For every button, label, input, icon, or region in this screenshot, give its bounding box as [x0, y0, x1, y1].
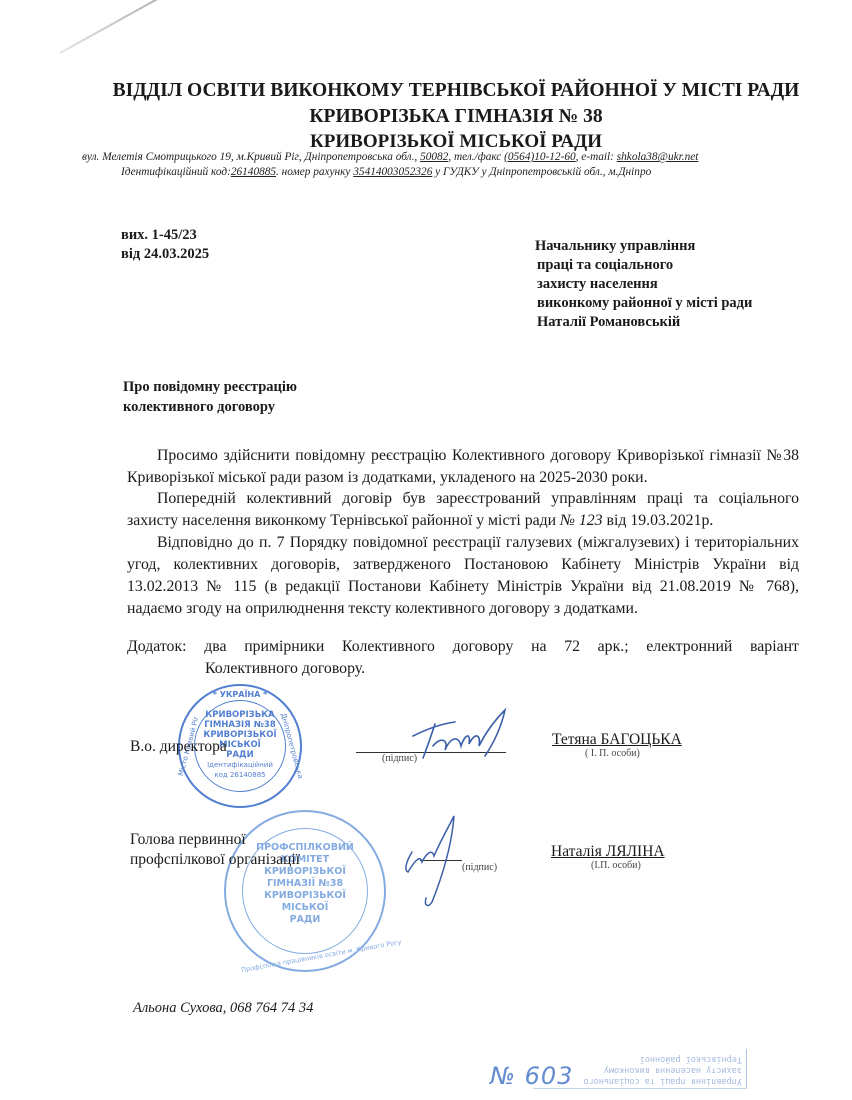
subject-block: Про повідомну реєстрацію колективного до…: [123, 377, 297, 417]
annex-word: договору: [453, 636, 514, 658]
annex-block: Додаток: два примірники Колективного дог…: [127, 636, 799, 680]
address-postcode: 50082: [420, 151, 448, 163]
annex-word: електронний: [646, 636, 732, 658]
signatory-name-director: Тетяна БАГОЦЬКА: [552, 731, 682, 749]
outgoing-number: вих. 1-45/23: [121, 226, 209, 245]
annex-label: Додаток:: [127, 636, 187, 658]
contact-person: Альона Сухова, 068 764 74 34: [133, 1000, 313, 1017]
subject-line: Про повідомну реєстрацію: [123, 377, 297, 397]
annex-word: два: [204, 636, 226, 658]
stamp-line: КРИВОРІЗЬКОЇ: [226, 890, 384, 902]
registration-number-handwritten: № 603: [490, 1062, 573, 1090]
stamp-line: ГІМНАЗІЯ №38: [180, 720, 300, 730]
annex-sheet-count: 72: [564, 636, 580, 658]
annex-word: Колективного: [342, 636, 435, 658]
letterhead-school: КРИВОРІЗЬКА ГІМНАЗІЯ № 38: [30, 106, 852, 128]
addressee-block: Начальнику управління праці та соціально…: [535, 237, 752, 332]
paragraph-text: Попередній колективний договір був зареє…: [127, 488, 799, 532]
addressee-line: праці та соціального: [535, 256, 752, 275]
annex-line-1: Додаток: два примірники Колективного дог…: [127, 636, 799, 658]
contact-phone: , 068 764 74 34: [223, 1000, 314, 1016]
outgoing-reference: вих. 1-45/23 від 24.03.2025: [121, 226, 209, 264]
signature-caption: (підпис): [462, 862, 497, 873]
account-number: 35414003052326: [353, 166, 432, 178]
role-line: Голова первинної: [130, 830, 300, 850]
paragraph-part: від 19.03.2021р.: [603, 512, 714, 529]
outgoing-date: від 24.03.2025: [121, 245, 209, 264]
role-line: В.о. директора: [130, 737, 227, 757]
annex-word: арк.;: [598, 636, 629, 658]
stamp-line: ГІМНАЗІЇ №38: [226, 878, 384, 890]
annex-word: на: [531, 636, 546, 658]
annex-word: варіант: [750, 636, 799, 658]
letterhead-address: вул. Мелетія Смотрицького 19, м.Кривий Р…: [82, 151, 698, 163]
stamp-line: РАДИ: [226, 914, 384, 926]
phone-label: , тел./факс: [448, 151, 504, 163]
address-street: вул. Мелетія Смотрицького 19, м.Кривий Р…: [82, 151, 420, 163]
stamp-id-code: код 26140885: [180, 770, 300, 780]
addressee-line: Наталії Романовській: [535, 313, 752, 332]
annex-line-2: Колективного договору.: [127, 658, 799, 680]
role-line: профспілкової організації: [130, 850, 300, 870]
letterhead-council: КРИВОРІЗЬКОЇ МІСЬКОЇ РАДИ: [30, 131, 852, 153]
body-paragraph-request: Просимо здійснити повідомну реєстрацію К…: [127, 445, 799, 489]
email-address: shkola38@ukr.net: [617, 151, 699, 163]
phone-number: (0564)10-12-60: [504, 151, 576, 163]
addressee-line: Начальнику управління: [535, 237, 752, 256]
account-label: . номер рахунку: [276, 166, 353, 178]
addressee-line: виконкому районної у місті ради: [535, 294, 752, 313]
email-label: , e-mail:: [576, 151, 617, 163]
scan-artifact-line: [60, 0, 262, 54]
signatory-name-union-head: Наталія ЛЯЛІНА: [551, 843, 665, 861]
signatory-role-director: В.о. директора: [130, 737, 227, 757]
name-caption: (І.П. особи): [591, 860, 641, 871]
contact-name: Альона Сухова: [133, 1000, 223, 1016]
body-paragraph-previous: Попередній колективний договір був зареє…: [127, 488, 799, 532]
subject-line: колективного договору: [123, 397, 297, 417]
id-code: 26140885: [231, 166, 276, 178]
addressee-line: захисту населення: [535, 275, 752, 294]
body-paragraph-consent: Відповідно до п. 7 Порядку повідомної ре…: [127, 532, 799, 620]
stamp-ring-top: * УКРАЇНА *: [180, 690, 300, 699]
stamp-line: МІСЬКОЇ: [226, 902, 384, 914]
annex-word: примірники: [244, 636, 324, 658]
signatory-role-union-head: Голова первинної профспілкової організац…: [130, 830, 300, 870]
previous-registration-number: № 123: [560, 512, 603, 529]
stamp-line: КРИВОРІЗЬКА: [180, 710, 300, 720]
stamp-id-label: Ідентифікаційний: [180, 760, 300, 770]
letterhead-ids: Ідентифікаційний код:26140885. номер рах…: [121, 166, 651, 178]
id-label: Ідентифікаційний код:: [121, 166, 231, 178]
bank-info: у ГУДКУ у Дніпропетровській обл., м.Дніп…: [432, 166, 651, 178]
paragraph-text: Відповідно до п. 7 Порядку повідомної ре…: [127, 532, 799, 620]
union-head-signature-icon: [392, 812, 462, 912]
paragraph-text: Просимо здійснити повідомну реєстрацію К…: [127, 445, 799, 489]
director-signature-icon: [405, 706, 520, 766]
name-caption: ( І. П. особи): [585, 748, 640, 759]
letterhead-department: ВІДДІЛ ОСВІТИ ВИКОНКОМУ ТЕРНІВСЬКОЇ РАЙО…: [30, 80, 852, 102]
